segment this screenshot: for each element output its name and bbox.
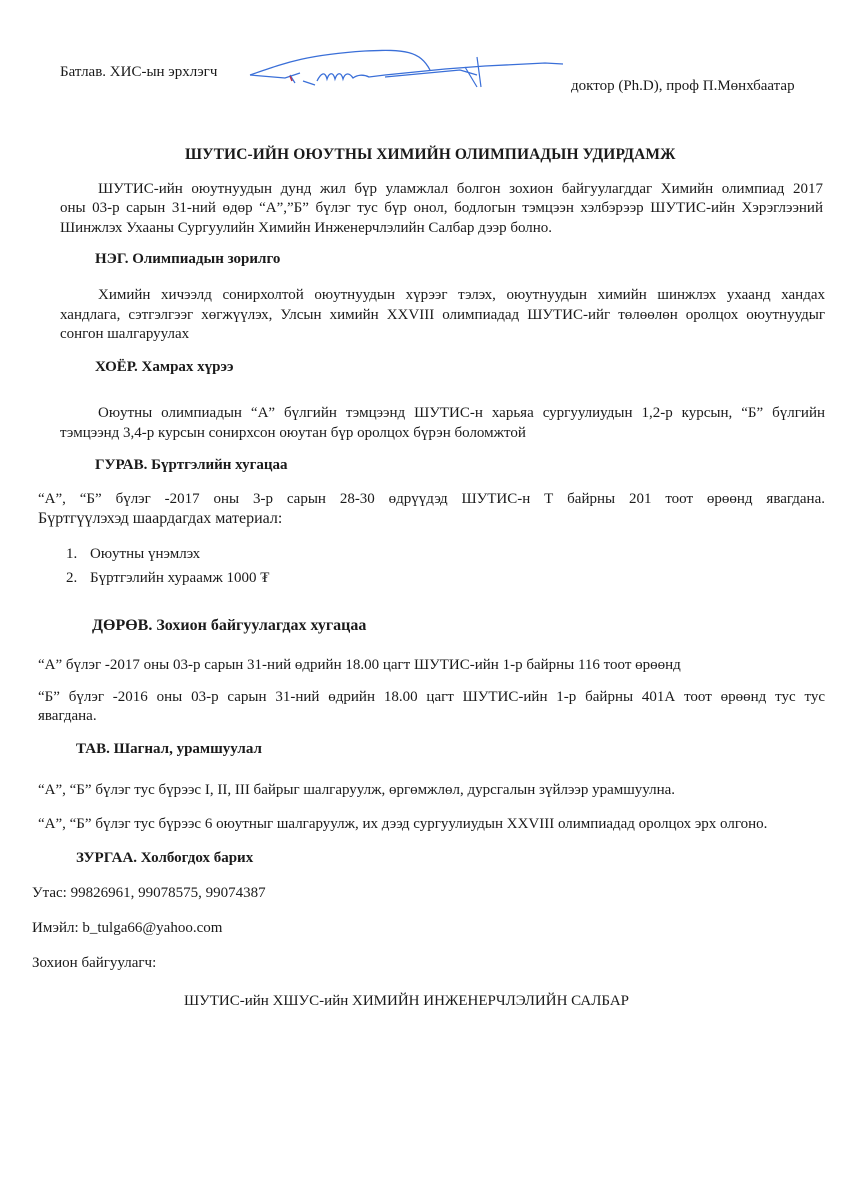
section-five-line: “А”, “Б” бүлэг тус бүрээс 6 оюутныг шалг… <box>38 815 767 833</box>
organizer-name: ШУТИС-ийн ХШУС-ийн ХИМИЙН ИНЖЕНЕРЧЛЭЛИЙН… <box>184 992 629 1010</box>
section-four-line-b: “Б” бүлэг -2016 оны 03-р сарын 31-ний өд… <box>38 688 825 706</box>
section-two-line: Оюутны олимпиадын “А” бүлгийн тэмцээнд Ш… <box>98 404 825 422</box>
organizer-label: Зохион байгуулагч: <box>32 954 156 972</box>
intro-line: оны 03-р сарын 31-ний өдөр “А”,”Б” бүлэг… <box>60 199 823 217</box>
section-one-line: Химийн хичээлд сонирхолтой оюутнуудын хү… <box>98 286 825 304</box>
section-one-line: хандлага, сэтгэлгээг хөгжүүлэх, Улсын хи… <box>60 306 825 324</box>
list-item-number: 1. <box>66 546 77 562</box>
contact-phone: Утас: 99826961, 99078575, 99074387 <box>32 884 266 902</box>
section-three-line: Бүртгүүлэхэд шаардагдах материал: <box>38 510 282 528</box>
list-item: 2. Бүртгэлийн хураамж 1000 ₮ <box>66 569 77 587</box>
intro-line: ШУТИС-ийн оюутнуудын дунд жил бүр уламжл… <box>98 180 823 198</box>
intro-line: Шинжлэх Ухааны Сургуулийн Химийн Инженер… <box>60 219 552 237</box>
section-one-line: сонгон шалгаруулах <box>60 325 189 343</box>
approve-label: Батлав. ХИС-ын эрхлэгч <box>60 63 217 81</box>
section-five-line: “А”, “Б” бүлэг тус бүрээс I, II, III бай… <box>38 781 675 799</box>
section-four-line-a: “А” бүлэг -2017 оны 03-р сарын 31-ний өд… <box>38 656 681 674</box>
signature-icon <box>245 45 565 90</box>
list-item-text: Оюутны үнэмлэх <box>90 545 200 563</box>
section-two-line: тэмцээнд 3,4-р курсын сонирхсон оюутан б… <box>60 424 526 442</box>
contact-email: Имэйл: b_tulga66@yahoo.com <box>32 919 222 937</box>
section-four-heading: ДӨРӨВ. Зохион байгуулагдах хугацаа <box>92 617 366 635</box>
section-two-heading: ХОЁР. Хамрах хүрээ <box>95 358 233 376</box>
list-item: 1. Оюутны үнэмлэх <box>66 545 77 563</box>
section-three-line: “А”, “Б” бүлэг -2017 оны 3-р сарын 28-30… <box>38 490 825 508</box>
section-six-heading: ЗУРГАА. Холбогдох барих <box>76 849 253 867</box>
page-title: ШУТИС-ИЙН ОЮУТНЫ ХИМИЙН ОЛИМПИАДЫН УДИРД… <box>185 146 676 164</box>
list-item-number: 2. <box>66 570 77 586</box>
list-item-text: Бүртгэлийн хураамж 1000 ₮ <box>90 569 269 587</box>
section-four-line-b: явагдана. <box>38 707 97 725</box>
section-one-heading: НЭГ. Олимпиадын зорилго <box>95 250 280 268</box>
section-five-heading: ТАВ. Шагнал, урамшуулал <box>76 740 262 758</box>
approver-name: доктор (Ph.D), проф П.Мөнхбаатар <box>571 77 795 95</box>
section-three-heading: ГУРАВ. Бүртгэлийн хугацаа <box>95 456 288 474</box>
